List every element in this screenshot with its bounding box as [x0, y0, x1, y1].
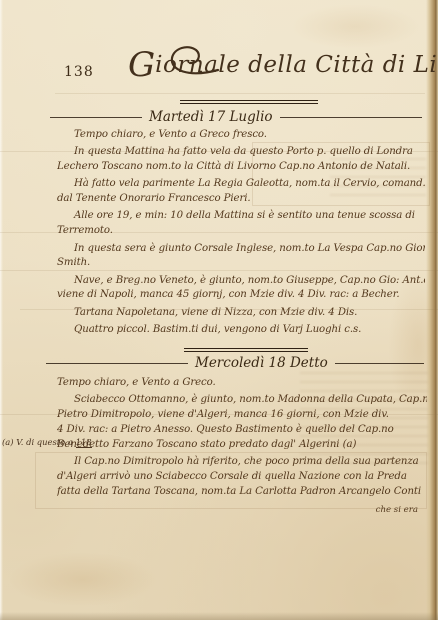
manuscript-line: In questa sera è giunto Corsale Inglese,…	[57, 242, 425, 257]
section-heading-row: Mercoledì 18 Detto	[46, 355, 424, 371]
catchword: che si era	[376, 505, 418, 515]
section-double-rule	[184, 348, 308, 352]
title-double-rule	[180, 100, 318, 104]
margin-note-reference: 118	[76, 437, 92, 448]
manuscript-line: Terremoto.	[57, 224, 425, 239]
manuscript-line: Benedetto Farzano Toscano stato predato …	[57, 438, 427, 453]
margin-note: (a) V. di questo a 118	[2, 437, 110, 447]
manuscript-line: Tempo chiaro, e Vento a Greco.	[57, 376, 427, 391]
manuscript-line: Alle ore 19, e min: 10 della Mattina si …	[57, 209, 425, 224]
manuscript-line: Tempo chiaro, e Vento a Greco fresco.	[57, 128, 425, 143]
page-bottom-edge	[0, 612, 438, 620]
manuscript-line: Smith.	[57, 256, 425, 271]
section-body: Tempo chiaro, e Vento a Greco.Sciabecco …	[57, 376, 427, 499]
manuscript-line: Il Cap.no Dimitropolo hà riferito, che p…	[57, 455, 427, 470]
manuscript-line: In questa Mattina ha fatto vela da quest…	[57, 145, 425, 160]
manuscript-line: Quattro piccol. Bastim.ti dui, vengono d…	[57, 323, 425, 338]
heading-rule	[50, 117, 142, 118]
manuscript-line: viene di Napoli, manca 45 giornj, con Mz…	[57, 288, 425, 303]
manuscript-line: Lechero Toscano nom.to la Città di Livor…	[57, 160, 425, 175]
title-initial: G	[128, 45, 155, 85]
margin-note-text: (a) V. di questo a	[2, 437, 76, 447]
page-number: 138	[64, 64, 94, 80]
manuscript-line: 4 Div. rac: a Pietro Anesso. Questo Bast…	[57, 423, 427, 438]
section-heading: Martedì 17 Luglio	[149, 109, 273, 125]
heading-rule	[335, 363, 424, 364]
manuscript-line: fatta della Tartana Toscana, nom.ta La C…	[57, 485, 427, 500]
manuscript-line: Tartana Napoletana, viene di Nizza, con …	[57, 306, 425, 321]
manuscript-line: Hà fatto vela parimente La Regia Galeott…	[57, 177, 425, 192]
section-heading-row: Martedì 17 Luglio	[50, 109, 422, 125]
heading-rule	[280, 117, 422, 118]
title-text: iornale della Città di Livorno	[155, 52, 438, 78]
heading-rule	[46, 363, 188, 364]
manuscript-line: Pietro Dimitropolo, viene d'Algeri, manc…	[57, 408, 427, 423]
page-right-edge	[426, 0, 438, 620]
page-title: Giornale della Città di Livorno	[128, 48, 404, 82]
page-left-edge	[0, 0, 3, 620]
manuscript-line: Nave, e Breg.no Veneto, è giunto, nom.to…	[57, 274, 425, 289]
manuscript-line: d'Algeri arrivò uno Sciabecco Corsale di…	[57, 470, 427, 485]
manuscript-line: Sciabecco Ottomanno, è giunto, nom.to Ma…	[57, 393, 427, 408]
manuscript-line: dal Tenente Onorario Francesco Pieri.	[57, 192, 425, 207]
section-heading: Mercoledì 18 Detto	[195, 355, 328, 371]
section-body: Tempo chiaro, e Vento a Greco fresco.In …	[57, 128, 425, 338]
